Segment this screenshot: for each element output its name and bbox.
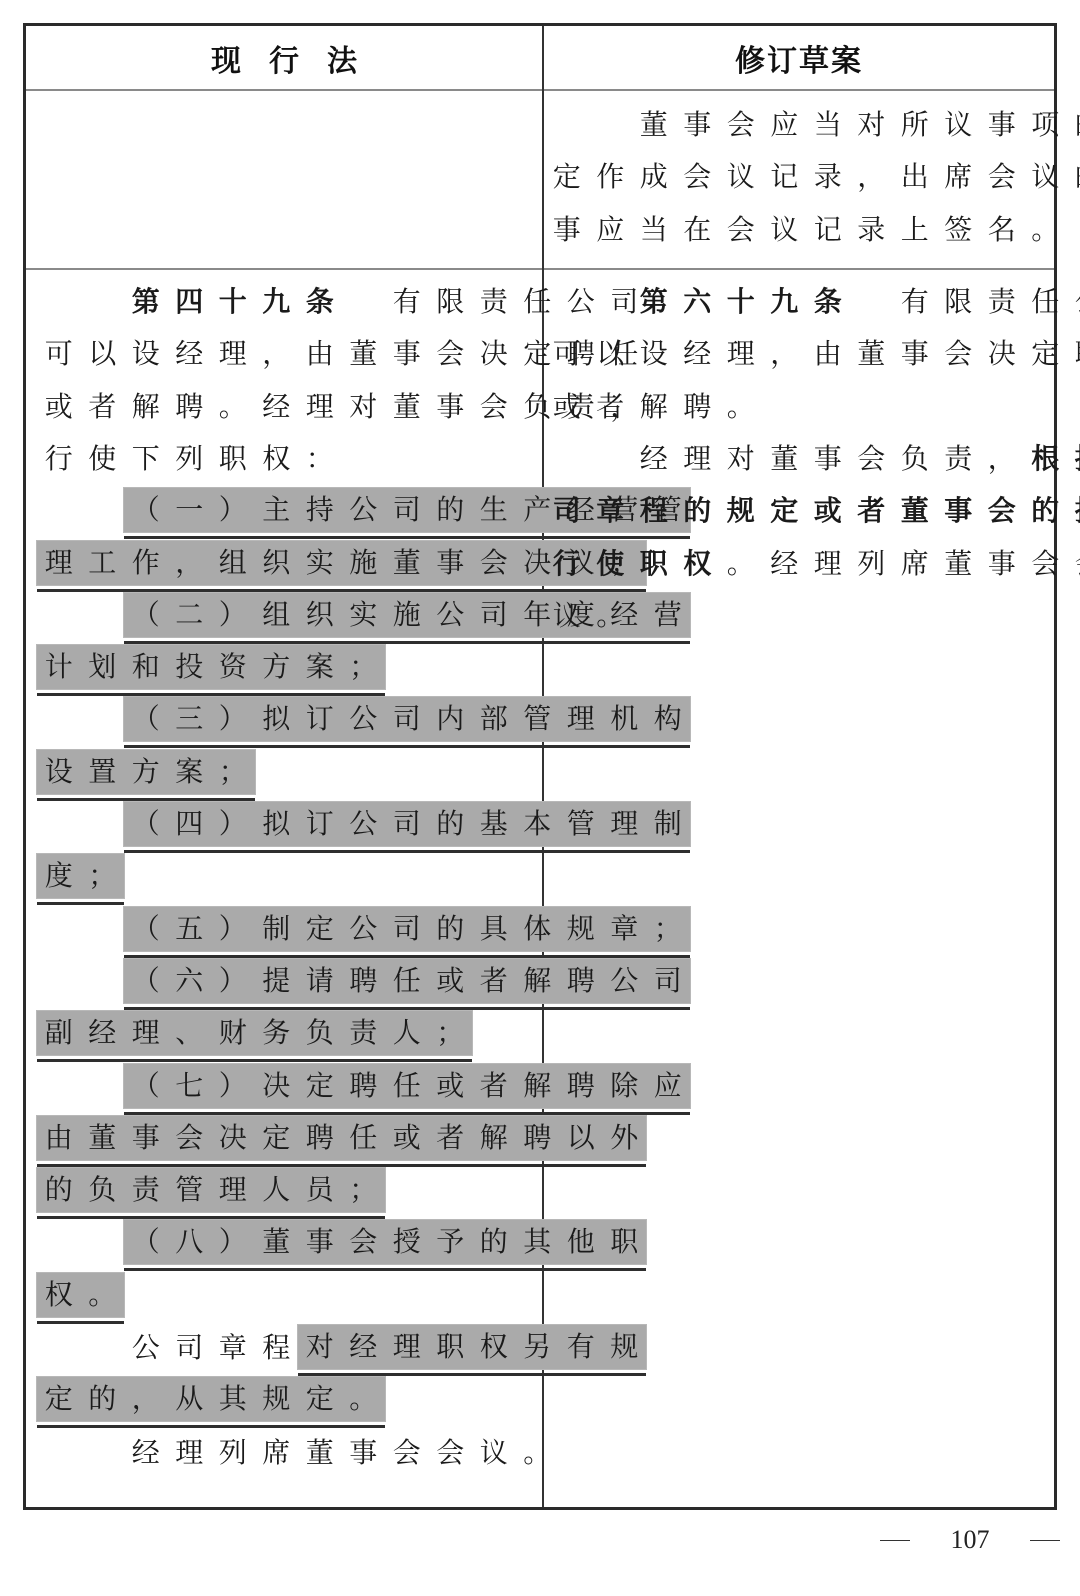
deleted-text-highlight: （三）拟订公司内部管理机构 xyxy=(124,697,690,741)
deleted-text-highlight: 副经理、财务负责人； xyxy=(37,1011,472,1055)
text-line: （六）提请聘任或者解聘公司 xyxy=(37,956,690,1008)
text-line: 第六十九条 有限责任公司 xyxy=(545,276,1080,328)
deleted-text-highlight: 权。 xyxy=(37,1273,124,1317)
deleted-text-highlight: 度； xyxy=(37,854,124,898)
article-69-revised-draft: 第六十九条 有限责任公司可以设经理，由董事会决定聘任或者解聘。 经理对董事会负责… xyxy=(545,276,1050,676)
deleted-text-highlight: 设置方案； xyxy=(37,750,255,794)
text-line: （八）董事会授予的其他职 xyxy=(37,1217,646,1269)
indent xyxy=(37,590,81,642)
bold-text: 行使职权 xyxy=(545,547,719,580)
bold-text: 司章程的规定或者董事会的授权 xyxy=(545,494,1080,527)
indent xyxy=(589,433,633,485)
body-text: 或者解聘。 xyxy=(545,390,763,423)
text-line: 经理列席董事会会议。 xyxy=(37,1427,559,1479)
indent xyxy=(81,694,125,746)
text-line: 经理对董事会负责，根据公 xyxy=(545,433,1080,485)
indent xyxy=(589,276,633,328)
indent xyxy=(81,1217,125,1269)
indent xyxy=(81,799,125,851)
text-line: 或者解聘。 xyxy=(545,381,763,433)
indent xyxy=(37,1217,81,1269)
body-text: 董事会应当对所议事项的决 xyxy=(632,108,1080,141)
article-49-current-law: 第四十九条 有限责任公司可以设经理，由董事会决定聘任或者解聘。经理对董事会负责，… xyxy=(37,276,540,1486)
header-revised-draft: 修订草案 xyxy=(544,26,1054,90)
indent xyxy=(81,1322,125,1374)
text-line: 行使职权。经理列席董事会会 xyxy=(545,538,1080,590)
deleted-text-highlight: 由董事会决定聘任或者解聘以外 xyxy=(37,1116,646,1160)
indent xyxy=(37,956,81,1008)
deleted-text-highlight: 计划和投资方案； xyxy=(37,645,385,689)
deleted-text-highlight: （八）董事会授予的其他职 xyxy=(124,1220,646,1264)
text-line: 事应当在会议记录上签名。 xyxy=(545,204,1067,256)
body-text: 经理列席董事会会议。 xyxy=(124,1436,559,1469)
indent xyxy=(545,433,589,485)
deleted-text-highlight: 定的，从其规定。 xyxy=(37,1377,385,1421)
header-separator xyxy=(26,89,1054,91)
body-text: 事应当在会议记录上签名。 xyxy=(545,213,1067,246)
indent xyxy=(81,590,125,642)
text-line: 公司章程对经理职权另有规 xyxy=(37,1322,646,1374)
text-line: 由董事会决定聘任或者解聘以外 xyxy=(37,1113,646,1165)
footer-dash-left xyxy=(880,1540,910,1541)
footer-dash-right xyxy=(1030,1540,1060,1541)
header-current-law: 现行法 xyxy=(26,26,542,90)
deleted-text-highlight: （五）制定公司的具体规章； xyxy=(124,907,690,951)
deleted-text-highlight: 的负责管理人员； xyxy=(37,1168,385,1212)
body-text: 有限责任公司 xyxy=(850,285,1080,318)
indent xyxy=(81,1427,125,1479)
text-line: 副经理、财务负责人； xyxy=(37,1008,472,1060)
page-number: 107 xyxy=(951,1525,990,1555)
indent xyxy=(81,485,125,537)
comparison-table: 现行法 修订草案 董事会应当对所议事项的决定作成会议记录，出席会议的董事应当在会… xyxy=(23,23,1057,1510)
text-line: 计划和投资方案； xyxy=(37,642,385,694)
indent xyxy=(37,1427,81,1479)
body-text: 议。 xyxy=(545,599,632,632)
text-line: 董事会应当对所议事项的决 xyxy=(545,99,1080,151)
body-text: 可以设经理，由董事会决定聘任 xyxy=(545,337,1080,370)
indent xyxy=(37,904,81,956)
body-text: 行使下列职权： xyxy=(37,442,342,475)
bold-text: 第六十九条 xyxy=(632,285,850,318)
indent xyxy=(37,1061,81,1113)
body-text: 经理对董事会负责， xyxy=(632,442,1024,475)
text-line: 度； xyxy=(37,851,124,903)
text-line: 设置方案； xyxy=(37,747,255,799)
text-line: 议。 xyxy=(545,590,632,642)
indent xyxy=(37,1322,81,1374)
text-line: 定的，从其规定。 xyxy=(37,1374,385,1426)
indent xyxy=(81,956,125,1008)
text-line: 定作成会议记录，出席会议的董 xyxy=(545,151,1080,203)
text-line: （四）拟订公司的基本管理制 xyxy=(37,799,690,851)
indent xyxy=(37,799,81,851)
text-line: （五）制定公司的具体规章； xyxy=(37,904,690,956)
row1-revised-draft-cell: 董事会应当对所议事项的决定作成会议记录，出席会议的董事应当在会议记录上签名。 xyxy=(545,99,1050,269)
indent xyxy=(37,694,81,746)
indent xyxy=(81,276,125,328)
text-line: 司章程的规定或者董事会的授权 xyxy=(545,485,1080,537)
bold-text: 根据公 xyxy=(1024,442,1080,475)
indent xyxy=(37,485,81,537)
deleted-text-highlight: 对经理职权另有规 xyxy=(298,1325,646,1369)
text-line: 行使下列职权： xyxy=(37,433,342,485)
indent xyxy=(81,1061,125,1113)
text-line: 权。 xyxy=(37,1270,124,1322)
indent xyxy=(37,276,81,328)
text-line: （三）拟订公司内部管理机构 xyxy=(37,694,690,746)
indent xyxy=(589,99,633,151)
body-text: 。经理列席董事会会 xyxy=(719,547,1080,580)
bold-text: 第四十九条 xyxy=(124,285,342,318)
indent xyxy=(545,99,589,151)
text-line: 的负责管理人员； xyxy=(37,1165,385,1217)
page-footer: 107 xyxy=(880,1525,1060,1555)
body-text: 公司章程 xyxy=(124,1331,298,1364)
column-divider xyxy=(542,26,544,1507)
deleted-text-highlight: （七）决定聘任或者解聘除应 xyxy=(124,1064,690,1108)
deleted-text-highlight: （六）提请聘任或者解聘公司 xyxy=(124,959,690,1003)
deleted-text-highlight: （四）拟订公司的基本管理制 xyxy=(124,802,690,846)
indent xyxy=(545,276,589,328)
text-line: （七）决定聘任或者解聘除应 xyxy=(37,1061,690,1113)
row1-current-law-cell xyxy=(26,92,540,266)
text-line: 可以设经理，由董事会决定聘任 xyxy=(545,328,1080,380)
indent xyxy=(81,904,125,956)
body-text: 定作成会议记录，出席会议的董 xyxy=(545,160,1080,193)
